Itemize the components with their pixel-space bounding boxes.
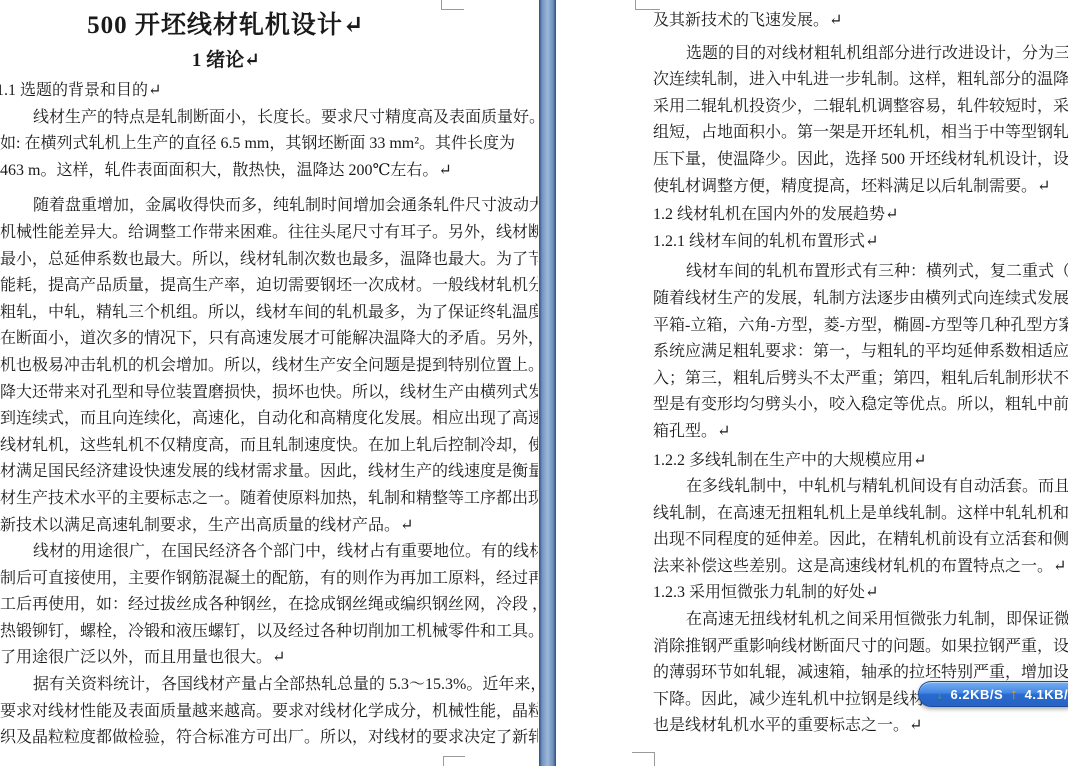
text-line: 采用二辊轧机投资少，二辊轧机调整容易，轧件较短时，采用三道可逆轧制机 xyxy=(653,94,1068,121)
right-page-text: 及其新技术的飞速发展。↵选题的目的对线材粗轧机组部分进行改进设计，分为三道次可逆… xyxy=(653,8,1068,740)
text-line: 法来补偿这些差别。这是高速线材轧机的布置特点之一。↵ xyxy=(653,554,1068,581)
text-line: 随着线材生产的发展，轧制方法逐步由横列式向连续式发展。粗轧孔型系统有 xyxy=(653,286,1068,313)
text-boundary-mark xyxy=(441,0,464,10)
text-line: 据有关资料统计，各国线材产量占全部热轧总量的 5.3～15.3%。近年来， xyxy=(0,672,538,699)
text-line: 到连续式，而且向连续化，高速化，自动化和高精度化发展。相应出现了高速粗 xyxy=(0,406,538,433)
text-line: 型是有变形均匀劈头小，咬入稳定等优点。所以，粗轧中前几道都采用平箱和 xyxy=(653,392,1068,419)
text-line: 入；第三，粗轧后劈头不太严重；第四，粗轧后轧制形状不太正确。由于箱形 xyxy=(653,366,1068,393)
text-boundary-mark xyxy=(635,0,660,10)
text-line: 要求对线材性能及表面质量越来越高。要求对线材化学成分，机械性能，晶粒组 xyxy=(0,699,538,726)
document-title: 500 开坯线材轧机设计↵ xyxy=(0,10,452,42)
text-line: 线材生产的特点是轧制断面小，长度长。要求尺寸精度高及表面质量好。例 xyxy=(0,105,538,132)
text-line: 在高速无扭线材轧机之间采用恒微张力轧制，即保证微拉力与微堆相结合 xyxy=(653,607,1068,634)
text-line: 材生产技术水平的主要标志之一。随着使原料加热，轧制和精整等工序都出现了 xyxy=(0,486,538,513)
text-line: 压下量，使温降少。因此，选择 500 开坯线材轧机设计，设计时采用一些新技 xyxy=(653,147,1068,174)
text-boundary-mark xyxy=(632,752,655,766)
text-line: 箱孔型。↵ xyxy=(653,419,1068,446)
text-line: 使轧材调整方便，精度提高，坯料满足以后轧制需要。↵ xyxy=(653,174,1068,201)
text-line: 次连续轧制，进入中轧进一步轧制。这样，粗轧部分的温降可以降低。连轧机 xyxy=(653,67,1068,94)
text-line: 在断面小，道次多的情况下，只有高速发展才可能解决温降大的矛盾。另外，轧 xyxy=(0,326,538,353)
download-icon: ↓ xyxy=(936,687,944,702)
text-line: 消除推钢严重影响线材断面尺寸的问题。如果拉钢严重，设备负荷增加。对应 xyxy=(653,634,1068,661)
text-line: 机械性能差异大。给调整工作带来困难。往往头尾尺寸有耳子。另外，线材断面 xyxy=(0,220,538,247)
chapter-heading: 1 绪论↵ xyxy=(0,48,452,74)
text-line: 系统应满足粗轧要求：第一，与粗轧的平均延伸系数相适应；第二，便于来料 xyxy=(653,339,1068,366)
text-line: 也是线材轧机水平的重要标志之一。↵ xyxy=(653,713,1068,740)
text-line: 组短，占地面积小。第一架是开坯轧机，相当于中等型钢轧制，采用 500 轧机 xyxy=(653,120,1068,147)
text-line: 平箱-立箱，六角-方型，菱-方型，椭圆-方型等几种孔型方案。但是，所选孔 xyxy=(653,313,1068,340)
text-line: 在多线轧制中，中轧机与精轧机间设有自动活套。而且，粗，中轧机采用 xyxy=(653,474,1068,501)
text-line: 热锻铆钉，螺栓，冷锻和液压螺钉，以及经过各种切削加工机械零件和工具。除 xyxy=(0,619,538,646)
text-line: 随着盘重增加，金属收得快而多，纯轧制时间增加会通条轧件尺寸波动大。 xyxy=(0,193,538,220)
text-boundary-mark xyxy=(443,756,465,766)
text-line: 降大还带来对孔型和导位装置磨损快，损坏也快。所以，线材生产由横列式发展 xyxy=(0,380,538,407)
screenshot-root: { "document": { "left_page": { "title": … xyxy=(0,0,1068,766)
heading-line: 1.2.1 线材车间的轧机布置形式↵ xyxy=(653,229,1068,256)
text-line: 粗轧，中轧，精轧三个机组。所以，线材车间的轧机最多，为了保证终轧温度， xyxy=(0,300,538,327)
upload-speed: 4.1KB/S xyxy=(1025,687,1068,702)
text-line: 工后再使用，如：经过拔丝成各种钢丝，在捻成钢丝绳或编织钢丝网，冷段 ， xyxy=(0,592,538,619)
text-line: 机也极易冲击轧机的机会增加。所以，线材生产安全问题是提到特别位置上。温 xyxy=(0,353,538,380)
text-line: 线材的用途很广，在国民经济各个部门中，线材占有重要地位。有的线材轧 xyxy=(0,539,538,566)
text-line: 能耗，提高产品质量，提高生产率，迫切需要钢坯一次成材。一般线材轧机分为： xyxy=(0,273,538,300)
heading-line: 1.1 选题的背景和目的↵ xyxy=(0,78,538,105)
text-line: 线材车间的轧机布置形式有三种：横列式，复二重式（半连续式），连续 xyxy=(653,259,1068,286)
text-line: 如: 在横列式轧机上生产的直径 6.5 mm，其钢坯断面 33 mm²。其件长度… xyxy=(0,131,538,158)
text-line: 线轧制，在高速无扭粗轧机上是单线轧制。这样中轧轧机和精轧机之间各线会 xyxy=(653,501,1068,528)
download-speed: 6.2KB/S xyxy=(951,687,1004,702)
text-line: 制后可直接使用，主要作钢筋混凝土的配筋，有的则作为再加工原料，经过再加 xyxy=(0,566,538,593)
heading-line: 1.2 线材轧机在国内外的发展趋势↵ xyxy=(653,202,1068,229)
text-line: 及其新技术的飞速发展。↵ xyxy=(653,8,1068,35)
text-line: 材满足国民经济建设快速发展的线材需求量。因此，线材生产的线速度是衡量线 xyxy=(0,459,538,486)
left-document-page[interactable]: 500 开坯线材轧机设计↵ 1 绪论↵ 1.1 选题的背景和目的↵线材生产的特点… xyxy=(0,0,538,766)
left-page-text: 1.1 选题的背景和目的↵线材生产的特点是轧制断面小，长度长。要求尺寸精度高及表… xyxy=(0,78,538,752)
text-line: 线材轧机，这些轧机不仅精度高，而且轧制速度快。在加上轧后控制冷却，使线 xyxy=(0,433,538,460)
text-line: 了用途很广泛以外，而且用量也很大。↵ xyxy=(0,645,538,672)
network-speed-widget[interactable]: ↓ 6.2KB/S ↑ 4.1KB/S xyxy=(918,681,1068,707)
text-line: 463 m。这样，轧件表面面积大，散热快，温降达 200℃左右。↵ xyxy=(0,158,538,185)
text-line: 织及晶粒粒度都做检验，符合标准方可出厂。所以，对线材的要求决定了新轧机 xyxy=(0,725,538,752)
text-line: 出现不同程度的延伸差。因此，在精轧机前设有立活套和侧活套，用形成活套 xyxy=(653,527,1068,554)
heading-line: 1.2.2 多线轧制在生产中的大规模应用↵ xyxy=(653,448,1068,475)
text-line: 新技术以满足高速轧制要求，生产出高质量的线材产品。↵ xyxy=(0,513,538,540)
text-line: 选题的目的对线材粗轧机组部分进行改进设计，分为三道次可逆轧制，一 xyxy=(653,41,1068,68)
upload-icon: ↑ xyxy=(1010,687,1018,702)
right-document-page[interactable]: 及其新技术的飞速发展。↵选题的目的对线材粗轧机组部分进行改进设计，分为三道次可逆… xyxy=(556,0,1068,766)
text-line: 最小，总延伸系数也最大。所以，线材轧制次数也最多，温降也最大。为了节约 xyxy=(0,247,538,274)
heading-line: 1.2.3 采用恒微张力轧制的好处↵ xyxy=(653,580,1068,607)
window-split-divider[interactable] xyxy=(539,0,556,766)
